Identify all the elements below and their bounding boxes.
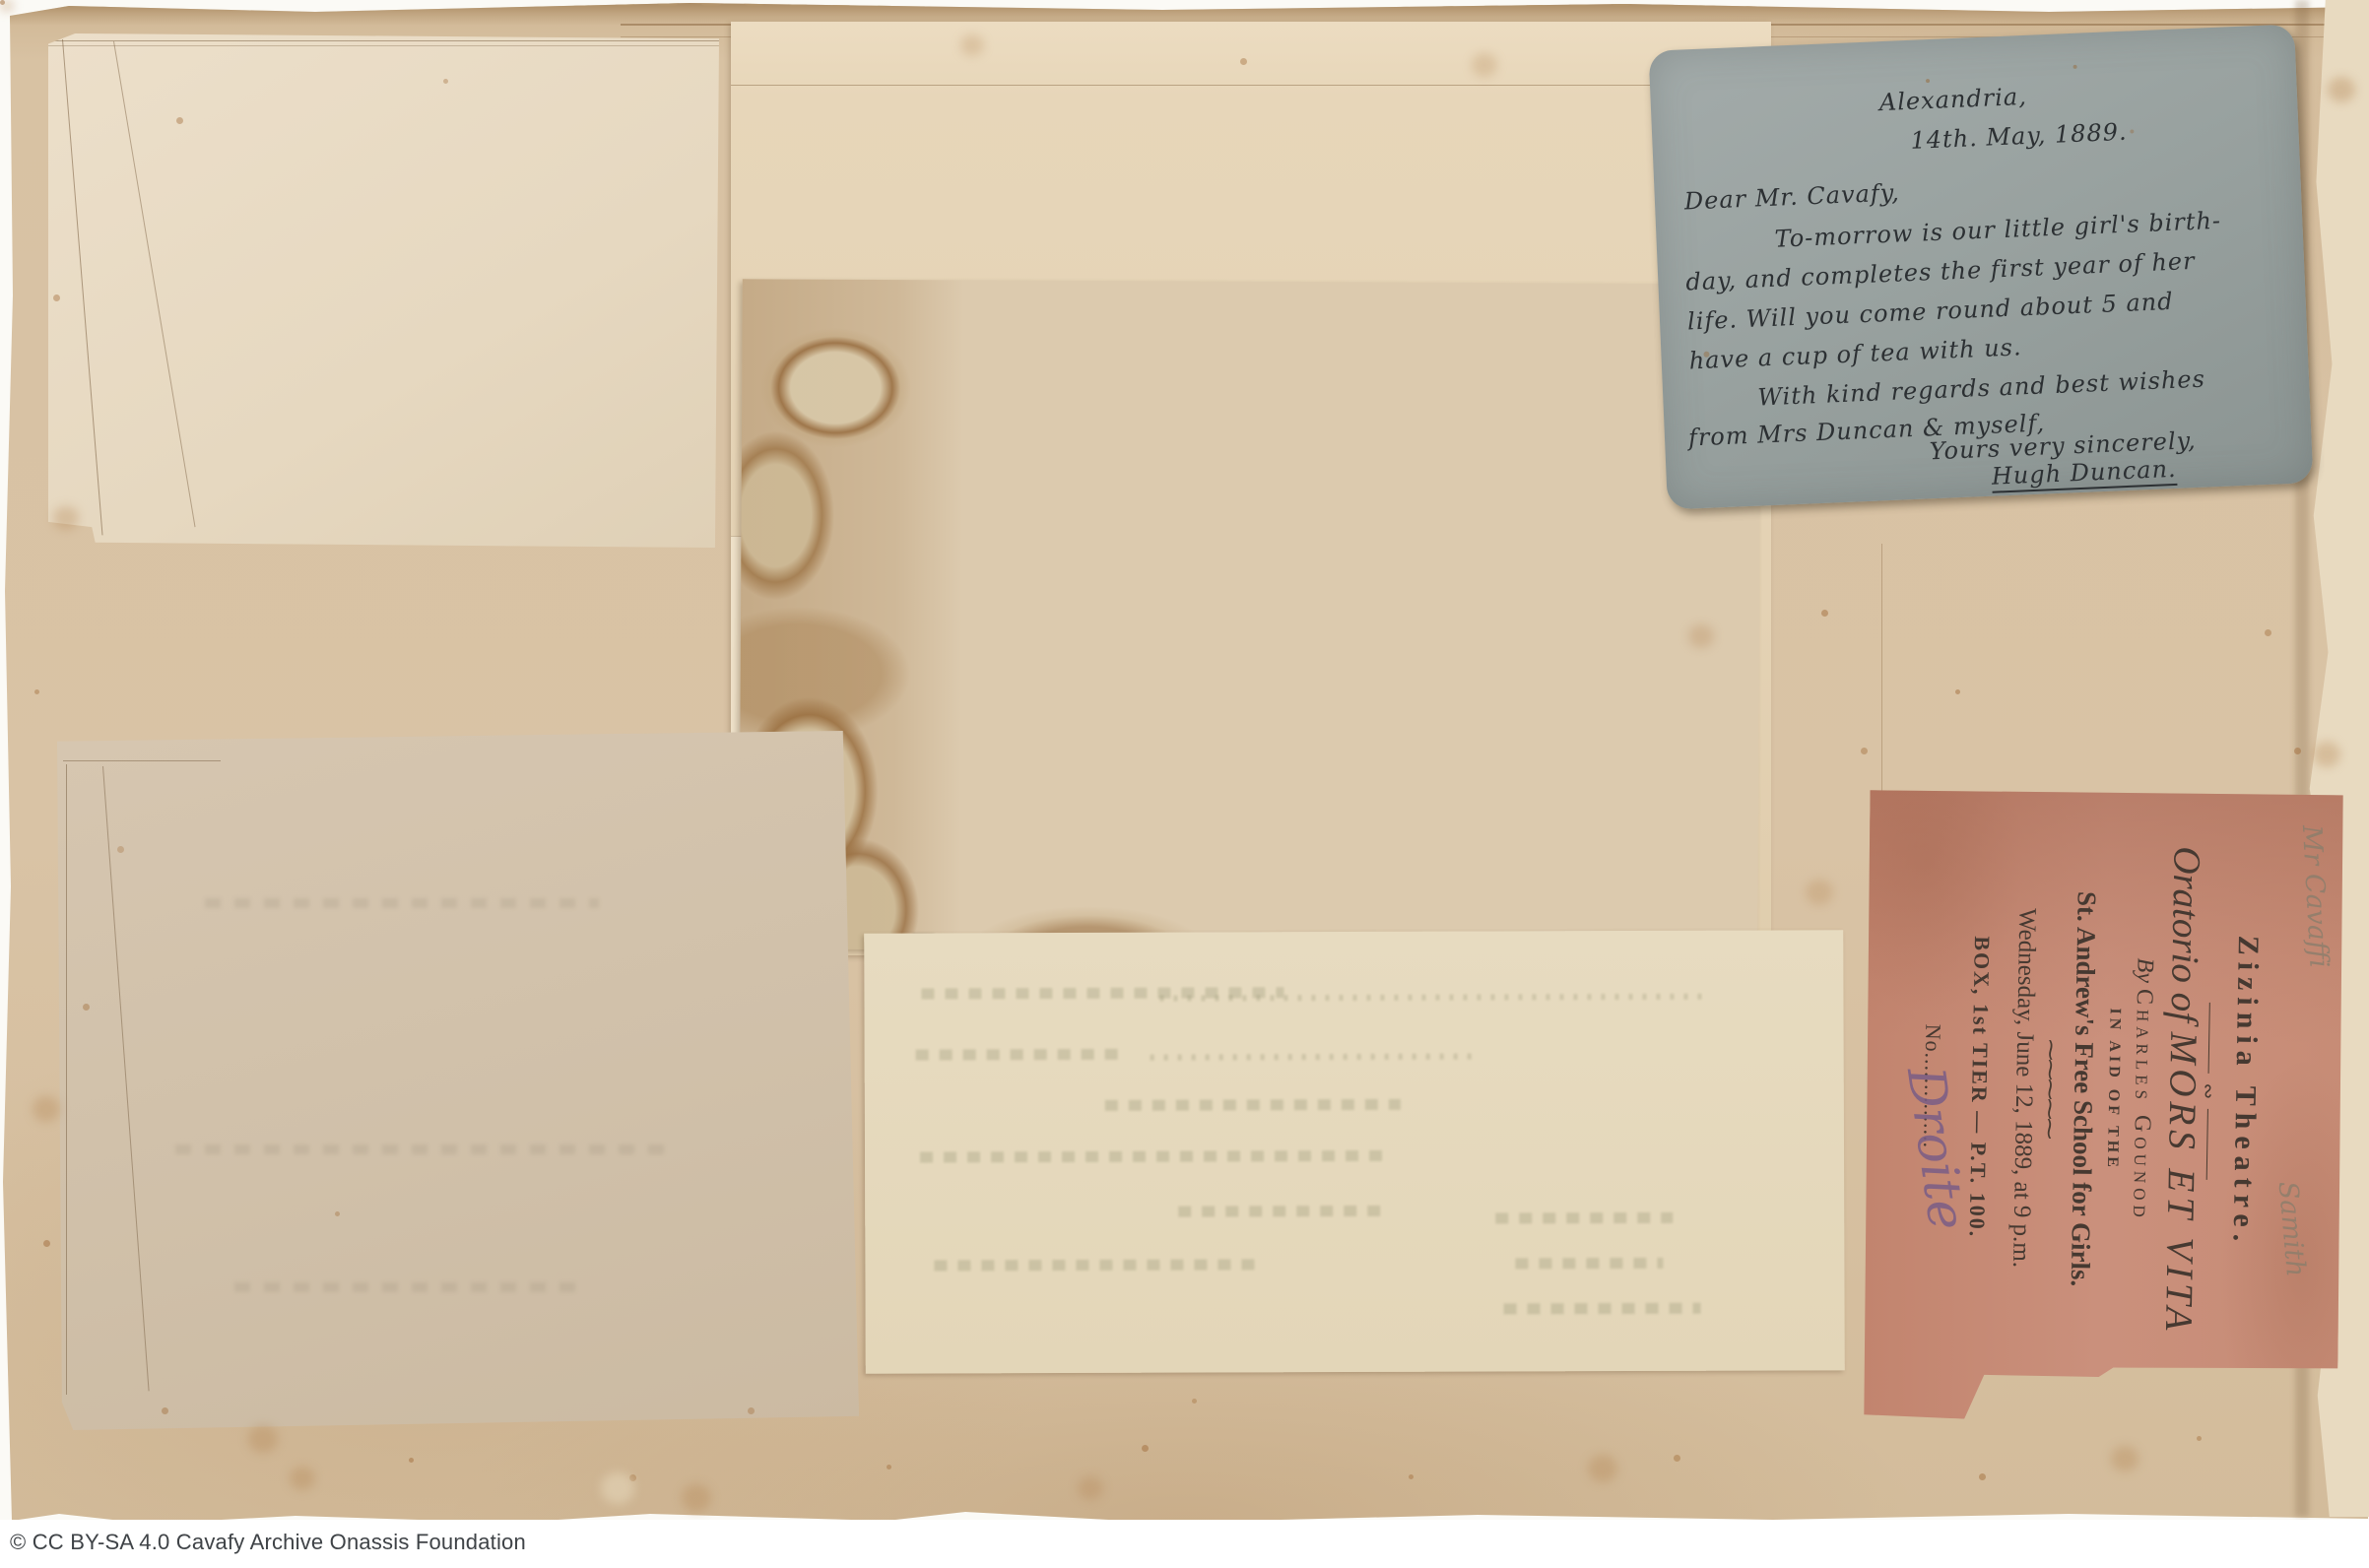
letter-salutation: Dear Mr. Cavafy, [1683,178,1900,215]
blank-sheet-bottom-left [57,731,859,1430]
ghost-print-row [916,1049,1127,1061]
ghost-print-row [1515,1258,1663,1270]
sheet-sliver-edge [66,764,67,1395]
theatre-ticket: Mr Cavaffi Samith Zizinia Theatre. ∾ Ora… [1859,784,2347,1425]
title-prefix: Oratorio of [2162,846,2207,1032]
pencil-inscription: Samith [2272,1180,2311,1277]
ticket-composer: By Charles Gounod [2124,788,2161,1391]
ghost-print-row [1495,1212,1673,1224]
letter-date: 14th. May, 1889. [1910,118,2128,155]
blank-paper-stack-top-left [48,33,719,548]
sheet-crease-line [731,85,1771,86]
ghost-print-row [920,1150,1383,1163]
ghost-print-row [1151,1054,1476,1061]
pencil-inscription: Mr Cavaffi [2296,824,2335,968]
ghost-print-row [1105,1099,1401,1111]
attribution-strip: © CC BY-SA 4.0 Cavafy Archive Onassis Fo… [0,1520,2369,1568]
program-sheet-showthrough [864,930,1845,1373]
ticket-venue: Zizinia Theatre. [2223,790,2268,1394]
letter-place: Alexandria, [1878,83,2027,116]
ghost-print-row [1178,1206,1389,1217]
ghost-print-row [1159,994,1711,1002]
faint-showthrough-row [205,898,599,908]
composer-name: Charles Gounod [2128,989,2157,1222]
title-main: MORS ET VITA [2157,1031,2204,1335]
license-attribution: © CC BY-SA 4.0 Cavafy Archive Onassis Fo… [10,1530,526,1555]
handwritten-seat-note: Droite [1895,1064,1977,1234]
letter-body-line: have a cup of tea with us. [1688,333,2022,374]
stained-folded-sheet-middle [739,279,1761,953]
ticket-beneficiary: St. Andrew's Free School for Girls. [2063,787,2104,1390]
foxing-blotches [0,0,14,12]
letter-body-line: day, and completes the first year of her [1685,247,2196,296]
ghost-print-row [934,1259,1259,1271]
letter-signature: Hugh Duncan. [1991,455,2177,493]
sheet-sliver-edge [63,760,221,761]
paper-stack-top-edges [48,40,719,46]
paper-stack-edge-line [62,39,102,535]
card-foxing-dots [1926,79,1930,83]
scanned-scrapbook-page: Alexandria, 14th. May, 1889. Dear Mr. Ca… [0,0,2369,1568]
paper-stack-edge-line [113,41,196,527]
number-label: No. [1921,1024,1946,1060]
letter-body-line: life. Will you come round about 5 and [1686,288,2174,336]
ticket-price: BOX, 1st TIER — P.T. 100. [1961,786,1998,1389]
ghost-print-row [1504,1303,1701,1315]
faint-showthrough-row [175,1144,668,1154]
handwritten-letter-card: Alexandria, 14th. May, 1889. Dear Mr. Ca… [1649,24,2314,509]
ticket-aid-line: IN AID OF THE [2099,788,2128,1391]
composer-prefix: By [2132,957,2158,989]
letter-body-line: To-morrow is our little girl's birth- [1774,207,2221,253]
sheet-sliver-edge [102,766,150,1391]
faint-showthrough-row [234,1282,579,1292]
letter-body-line: With kind regards and best wishes [1757,365,2206,412]
